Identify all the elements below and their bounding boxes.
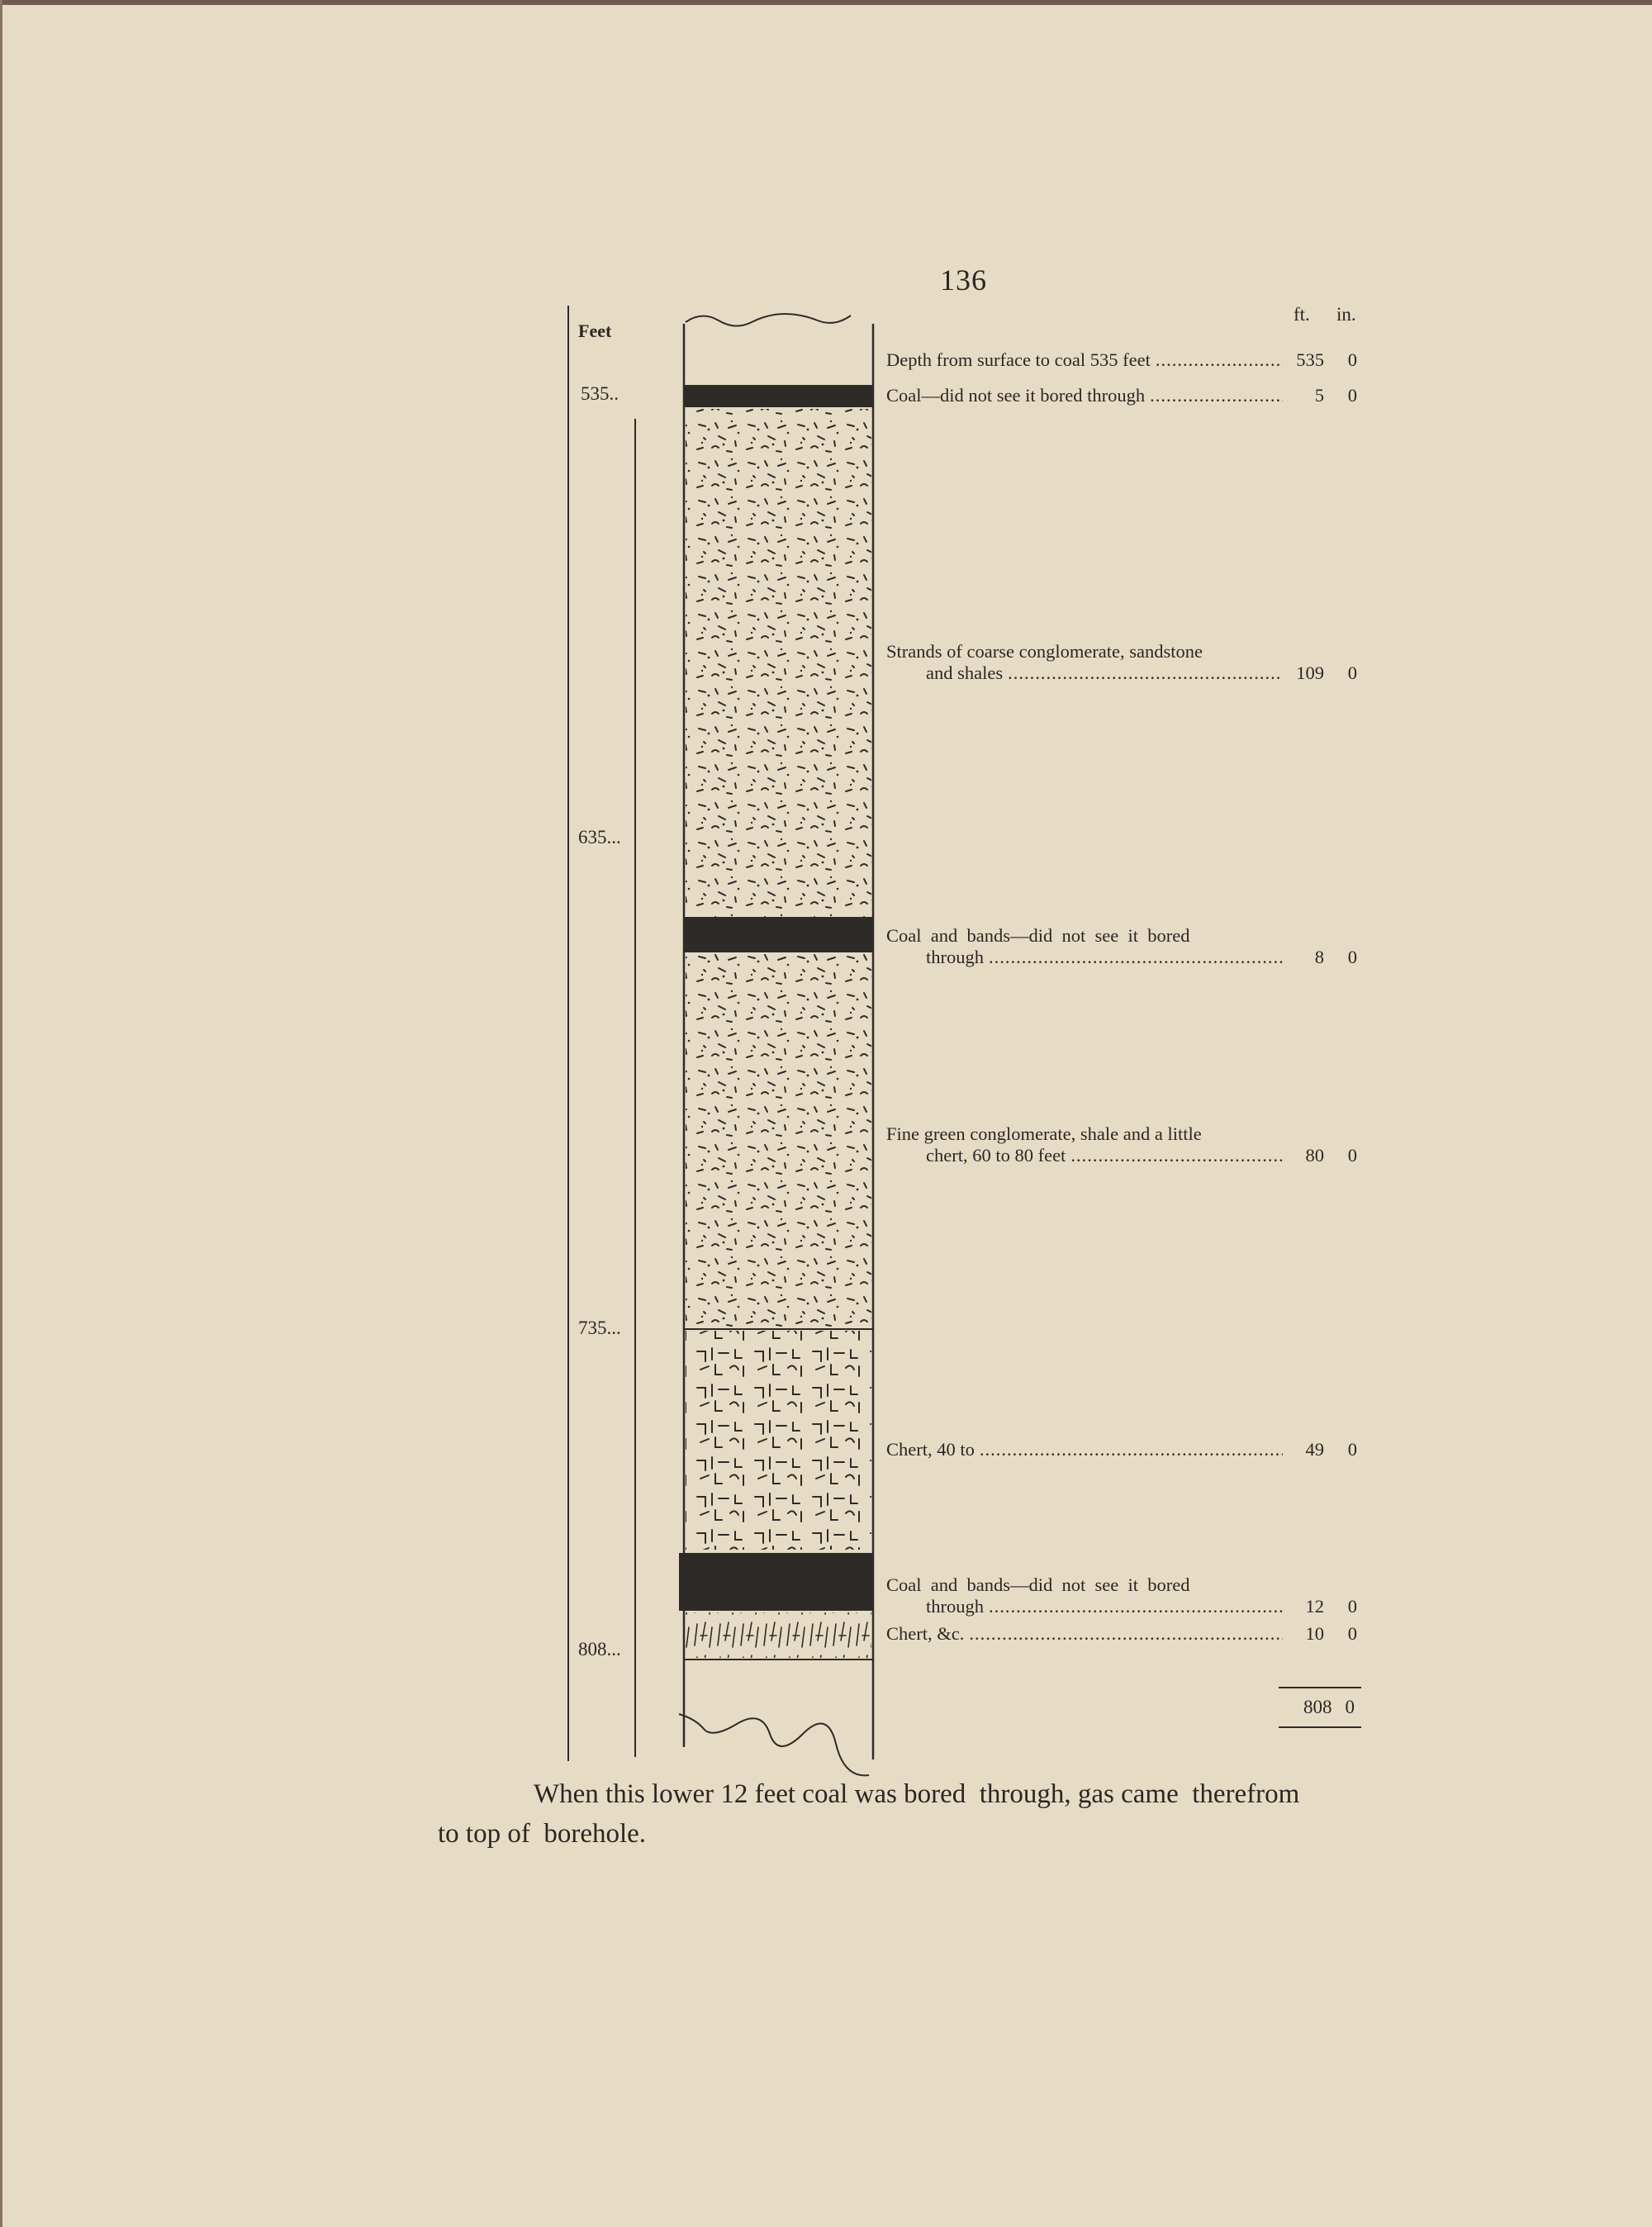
stratum-entry-coal: Coal—did not see it bored through50 [886,385,1357,406]
stratum-entry-coal-and-bands-lower: Coal and bands—did not see it bored thro… [886,1574,1357,1617]
total-ft: 808 [1303,1697,1332,1718]
stratum-entry-fine-green-conglomerate: Fine green conglomerate, shale and a lit… [886,1123,1357,1166]
stratum-entry-depth-to-coal: Depth from surface to coal 535 feet5350 [886,349,1357,371]
stratum-entry-coal-and-bands: Coal and bands—did not see it bored thro… [886,925,1357,968]
total-in: 0 [1346,1697,1355,1718]
borehole-section-diagram [0,0,1652,2227]
stratum-entry-chert: Chert, 40 to490 [886,1439,1357,1460]
closing-paragraph: When this lower 12 feet coal was bored t… [438,1774,1495,1854]
paragraph-line-1: When this lower 12 feet coal was bored t… [438,1774,1495,1814]
total-rule-bottom [1279,1726,1361,1728]
paragraph-line-2: to top of borehole. [438,1814,1495,1854]
stratum-entry-chert-etc: Chert, &c.100 [886,1623,1357,1645]
total-depth: 8080 [1279,1687,1361,1728]
stratum-entry-conglomerate: Strands of coarse conglomerate, sandston… [886,641,1357,684]
